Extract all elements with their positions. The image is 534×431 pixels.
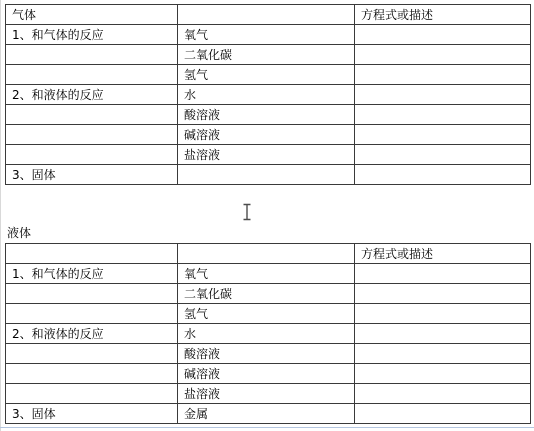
empty-cell[interactable]: [178, 5, 355, 25]
table-row: 2、和液体的反应 水: [6, 324, 531, 344]
table-row: 二氧化碳: [6, 284, 531, 304]
substance-cell[interactable]: 盐溶液: [178, 384, 355, 404]
equation-cell[interactable]: [355, 304, 531, 324]
table-row: 氢气: [6, 65, 531, 85]
substance-cell[interactable]: 碱溶液: [178, 364, 355, 384]
equation-cell[interactable]: [355, 364, 531, 384]
substance-cell[interactable]: 碱溶液: [178, 125, 355, 145]
equation-cell[interactable]: [355, 145, 531, 165]
category-continuation-cell[interactable]: [6, 65, 178, 85]
substance-cell[interactable]: 氧气: [178, 25, 355, 45]
table-row: 3、固体: [6, 165, 531, 185]
table-row: 碱溶液: [6, 125, 531, 145]
category-cell[interactable]: 1、和气体的反应: [6, 264, 178, 284]
equation-header-cell[interactable]: 方程式或描述: [355, 244, 531, 264]
substance-cell[interactable]: [178, 165, 355, 185]
equation-cell[interactable]: [355, 264, 531, 284]
equation-cell[interactable]: [355, 384, 531, 404]
category-continuation-cell[interactable]: [6, 344, 178, 364]
table-row: 盐溶液: [6, 384, 531, 404]
substance-cell[interactable]: 酸溶液: [178, 344, 355, 364]
category-continuation-cell[interactable]: [6, 284, 178, 304]
table-row: 2、和液体的反应 水: [6, 85, 531, 105]
equation-cell[interactable]: [355, 65, 531, 85]
i-beam-cursor-icon: [242, 203, 252, 221]
category-continuation-cell[interactable]: [6, 145, 178, 165]
substance-cell[interactable]: 水: [178, 324, 355, 344]
table-row: 气体 方程式或描述: [6, 5, 531, 25]
category-continuation-cell[interactable]: [6, 125, 178, 145]
category-continuation-cell[interactable]: [6, 384, 178, 404]
document-page: { "document": { "section_label": "液体", "…: [0, 0, 534, 431]
equation-cell[interactable]: [355, 45, 531, 65]
table-row: 二氧化碳: [6, 45, 531, 65]
table-row: 碱溶液: [6, 364, 531, 384]
category-cell[interactable]: 3、固体: [6, 404, 178, 424]
substance-cell[interactable]: 酸溶液: [178, 105, 355, 125]
table-row: 盐溶液: [6, 145, 531, 165]
equation-cell[interactable]: [355, 165, 531, 185]
category-cell[interactable]: 2、和液体的反应: [6, 324, 178, 344]
empty-cell[interactable]: [178, 244, 355, 264]
substance-cell[interactable]: 金属: [178, 404, 355, 424]
table-row: 3、固体 金属: [6, 404, 531, 424]
equation-cell[interactable]: [355, 404, 531, 424]
equation-cell[interactable]: [355, 125, 531, 145]
page-bottom-boundary-line: [0, 427, 534, 428]
equation-cell[interactable]: [355, 324, 531, 344]
table-title-cell[interactable]: 气体: [6, 5, 178, 25]
table-row: 1、和气体的反应 氧气: [6, 264, 531, 284]
category-continuation-cell[interactable]: [6, 304, 178, 324]
table-row: 酸溶液: [6, 105, 531, 125]
table-row: 氢气: [6, 304, 531, 324]
category-continuation-cell[interactable]: [6, 105, 178, 125]
page-edge-line: [0, 0, 1, 431]
equation-header-cell[interactable]: 方程式或描述: [355, 5, 531, 25]
category-cell[interactable]: 3、固体: [6, 165, 178, 185]
section-label-liquid: 液体: [7, 226, 31, 240]
substance-cell[interactable]: 氢气: [178, 65, 355, 85]
empty-cell[interactable]: [6, 244, 178, 264]
table-row: 1、和气体的反应 氧气: [6, 25, 531, 45]
table-row: 方程式或描述: [6, 244, 531, 264]
substance-cell[interactable]: 二氧化碳: [178, 45, 355, 65]
category-continuation-cell[interactable]: [6, 45, 178, 65]
substance-cell[interactable]: 水: [178, 85, 355, 105]
equation-cell[interactable]: [355, 25, 531, 45]
substance-cell[interactable]: 氢气: [178, 304, 355, 324]
category-continuation-cell[interactable]: [6, 364, 178, 384]
substance-cell[interactable]: 盐溶液: [178, 145, 355, 165]
equation-cell[interactable]: [355, 284, 531, 304]
category-cell[interactable]: 2、和液体的反应: [6, 85, 178, 105]
substance-cell[interactable]: 二氧化碳: [178, 284, 355, 304]
equation-cell[interactable]: [355, 344, 531, 364]
gas-reactions-table: 气体 方程式或描述 1、和气体的反应 氧气 二氧化碳 氢气 2、和液体的反应 水…: [5, 4, 531, 185]
equation-cell[interactable]: [355, 85, 531, 105]
table-row: 酸溶液: [6, 344, 531, 364]
substance-cell[interactable]: 氧气: [178, 264, 355, 284]
category-cell[interactable]: 1、和气体的反应: [6, 25, 178, 45]
equation-cell[interactable]: [355, 105, 531, 125]
liquid-reactions-table: 方程式或描述 1、和气体的反应 氧气 二氧化碳 氢气 2、和液体的反应 水 酸溶…: [5, 243, 531, 424]
